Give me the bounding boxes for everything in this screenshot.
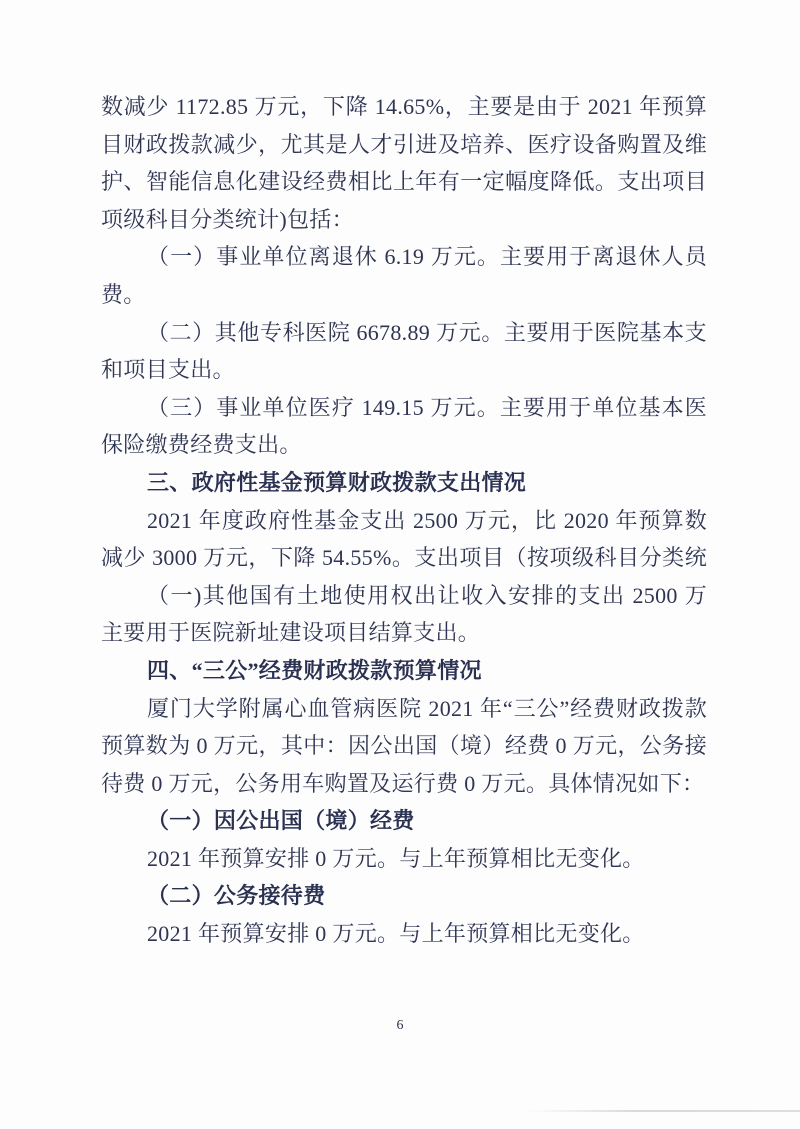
text-line: 保险缴费经费支出。 xyxy=(101,426,707,464)
text-line: 主要用于医院新址建设项目结算支出。 xyxy=(101,614,707,652)
subsection-heading-1: （一）因公出国（境）经费 xyxy=(101,802,707,840)
text-line: 2021 年预算安排 0 万元。与上年预算相比无变化。 xyxy=(101,840,707,878)
text-line: 数减少 1172.85 万元，下降 14.65%，主要是由于 2021 年预算项 xyxy=(101,88,707,126)
scan-edge-artifact xyxy=(527,1110,800,1112)
list-item-line: （二）其他专科医院 6678.89 万元。主要用于医院基本支出 xyxy=(101,314,707,352)
list-item-line: （一)其他国有土地使用权出让收入安排的支出 2500 万元。 xyxy=(101,577,707,615)
document-body: 数减少 1172.85 万元，下降 14.65%，主要是由于 2021 年预算项… xyxy=(101,88,707,953)
text-line: 项级科目分类统计)包括： xyxy=(101,201,707,239)
section-heading-4: 四、“三公”经费财政拨款预算情况 xyxy=(101,652,707,690)
page-number: 6 xyxy=(0,1016,800,1036)
subsection-heading-2: （二）公务接待费 xyxy=(101,877,707,915)
list-item-line: （一）事业单位离退休 6.19 万元。主要用于离退休人员经 xyxy=(101,238,707,276)
list-item-line: （三）事业单位医疗 149.15 万元。主要用于单位基本医疗 xyxy=(101,389,707,427)
text-line: 护、智能信息化建设经费相比上年有一定幅度降低。支出项目(按 xyxy=(101,163,707,201)
text-line: 待费 0 万元，公务用车购置及运行费 0 万元。具体情况如下： xyxy=(101,765,707,803)
text-line: 费。 xyxy=(101,276,707,314)
text-line: 2021 年预算安排 0 万元。与上年预算相比无变化。 xyxy=(101,915,707,953)
text-line: 减少 3000 万元，下降 54.55%。支出项目（按项级科目分类统计）： xyxy=(101,539,707,577)
text-line: 2021 年度政府性基金支出 2500 万元，比 2020 年预算数增 xyxy=(101,502,707,540)
section-heading-3: 三、政府性基金预算财政拨款支出情况 xyxy=(101,464,707,502)
text-line: 预算数为 0 万元，其中：因公出国（境）经费 0 万元，公务接 xyxy=(101,727,707,765)
text-line: 厦门大学附属心血管病医院 2021 年“三公”经费财政拨款 xyxy=(101,690,707,728)
text-line: 和项目支出。 xyxy=(101,351,707,389)
text-line: 目财政拨款减少，尤其是人才引进及培养、医疗设备购置及维 xyxy=(101,126,707,164)
